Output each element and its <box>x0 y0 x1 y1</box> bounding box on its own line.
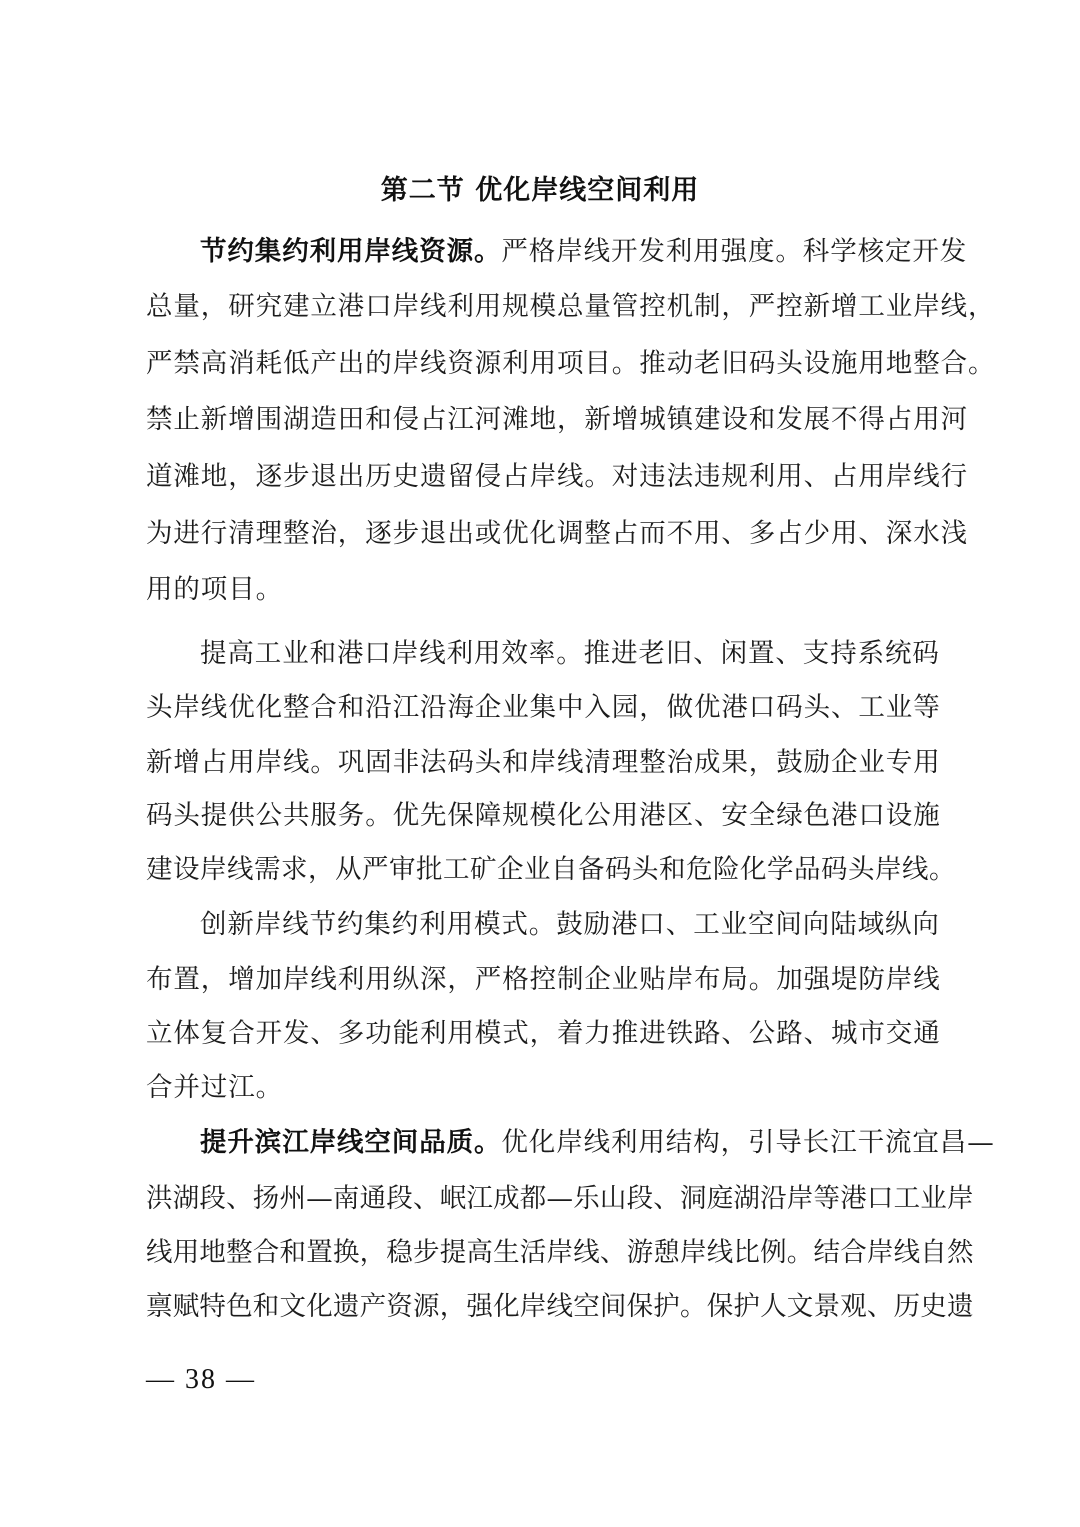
paragraph-1-line-2: 总量，研究建立港口岸线利用规模总量管控机制，严控新增工业岸线， <box>146 291 936 323</box>
paragraph-3-line-4: 合并过江。 <box>146 1072 936 1104</box>
section-title: 第二节 优化岸线空间利用 <box>0 168 1080 207</box>
paragraph-4-line-3: 线用地整合和置换，稳步提高生活岸线、游憩岸线比例。结合岸线自然 <box>146 1237 936 1269</box>
paragraph-4-line-2: 洪湖段、扬州—南通段、岷江成都—乐山段、洞庭湖沿岸等港口工业岸 <box>146 1183 936 1215</box>
paragraph-lead: 提高工业和港口岸线利用效率。 <box>200 638 584 669</box>
paragraph-1-line-5: 道滩地，逐步退出历史遗留侵占岸线。对违法违规利用、占用岸线行 <box>146 461 936 493</box>
paragraph-4-line-1: 提升滨江岸线空间品质。优化岸线利用结构，引导长江干流宜昌— <box>200 1127 936 1159</box>
paragraph-lead: 创新岸线节约集约利用模式。 <box>200 909 556 940</box>
paragraph-lead: 提升滨江岸线空间品质。 <box>200 1127 501 1158</box>
paragraph-2-line-5: 建设岸线需求，从严审批工矿企业自备码头和危险化学品码头岸线。 <box>146 854 936 886</box>
text-run: 推进老旧、闲置、支持系统码 <box>584 638 940 669</box>
text-run: 严格岸线开发利用强度。科学核定开发 <box>501 236 967 267</box>
text-run: 鼓励港口、工业空间向陆域纵向 <box>556 909 940 940</box>
paragraph-1-line-1: 节约集约利用岸线资源。严格岸线开发利用强度。科学核定开发 <box>200 236 936 268</box>
paragraph-1-line-4: 禁止新增围湖造田和侵占江河滩地，新增城镇建设和发展不得占用河 <box>146 404 936 436</box>
paragraph-3-line-1: 创新岸线节约集约利用模式。鼓励港口、工业空间向陆域纵向 <box>200 909 936 941</box>
paragraph-2-line-1: 提高工业和港口岸线利用效率。推进老旧、闲置、支持系统码 <box>200 638 936 670</box>
paragraph-2-line-4: 码头提供公共服务。优先保障规模化公用港区、安全绿色港口设施 <box>146 800 936 832</box>
paragraph-lead: 节约集约利用岸线资源。 <box>200 236 501 267</box>
paragraph-3-line-2: 布置，增加岸线利用纵深，严格控制企业贴岸布局。加强堤防岸线 <box>146 964 936 996</box>
paragraph-4-line-4: 禀赋特色和文化遗产资源，强化岸线空间保护。保护人文景观、历史遗 <box>146 1291 936 1323</box>
page-number: — 38 — <box>146 1364 256 1396</box>
paragraph-1-line-7: 用的项目。 <box>146 574 936 606</box>
paragraph-3-line-3: 立体复合开发、多功能利用模式，着力推进铁路、公路、城市交通 <box>146 1018 936 1050</box>
paragraph-2-line-3: 新增占用岸线。巩固非法码头和岸线清理整治成果，鼓励企业专用 <box>146 747 936 779</box>
paragraph-1-line-3: 严禁高消耗低产出的岸线资源利用项目。推动老旧码头设施用地整合。 <box>146 348 936 380</box>
document-page: 第二节 优化岸线空间利用 节约集约利用岸线资源。严格岸线开发利用强度。科学核定开… <box>0 0 1080 1527</box>
text-run: 优化岸线利用结构，引导长江干流宜昌— <box>501 1127 994 1158</box>
paragraph-2-line-2: 头岸线优化整合和沿江沿海企业集中入园，做优港口码头、工业等 <box>146 692 936 724</box>
paragraph-1-line-6: 为进行清理整治，逐步退出或优化调整占而不用、多占少用、深水浅 <box>146 518 936 550</box>
